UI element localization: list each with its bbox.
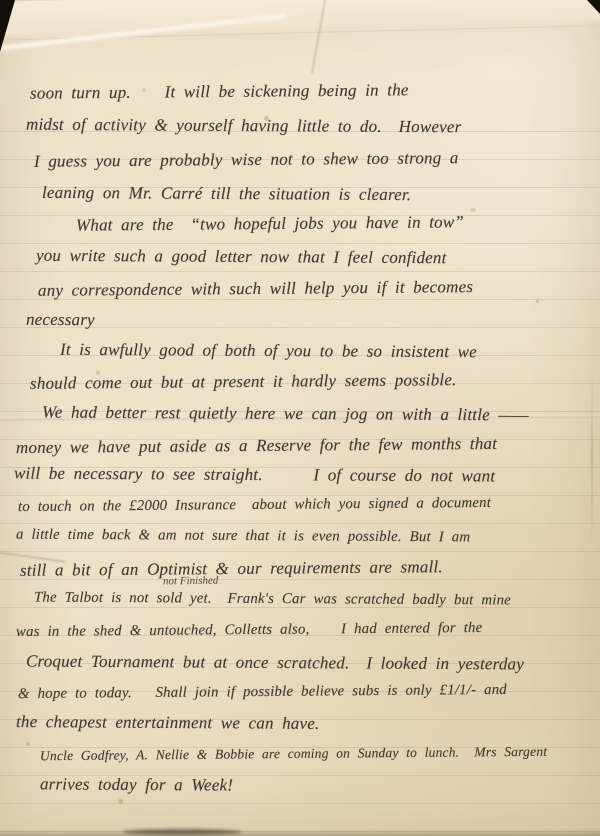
letter-line: What are the “two hopeful jobs you have …	[76, 212, 464, 235]
letter-line: a little time back & am not sure that it…	[16, 527, 470, 547]
bottom-edge-shadow	[0, 829, 600, 836]
right-edge-crease	[591, 372, 593, 542]
paper-speck	[118, 799, 123, 804]
paper-speck	[470, 208, 476, 212]
letter-line: I guess you are probably wise not to she…	[34, 148, 459, 172]
letter-line: you write such a good letter now that I …	[36, 246, 447, 269]
paper-speck	[26, 742, 30, 746]
letter-line: soon turn up. It will be sickening being…	[30, 80, 409, 103]
letter-line: & hope to today. Shall join if possible …	[18, 682, 507, 703]
letter-line: the cheapest entertainment we can have.	[16, 712, 320, 734]
letter-line: The Talbot is not sold yet. Frank's Car …	[34, 590, 511, 610]
letter-line: necessary	[26, 310, 95, 330]
letter-line: still a bit of an Optimist & our require…	[20, 557, 443, 581]
letter-line: leaning on Mr. Carré till the situation …	[42, 183, 411, 205]
letter-line: money we have put aside as a Reserve for…	[16, 434, 497, 458]
letter-line: should come out but at present it hardly…	[30, 370, 457, 394]
letter-page: soon turn up. It will be sickening being…	[0, 0, 600, 836]
letter-line: will be necessary to see straight. I of …	[14, 464, 495, 487]
letter-line: It is awfully good of both of you to be …	[60, 340, 477, 363]
letter-line: midst of activity & yourself having litt…	[26, 115, 462, 138]
letter-line: Croquet Tournament but at once scratched…	[26, 651, 524, 674]
letter-line: We had better rest quietly here we can j…	[42, 403, 529, 426]
letter-line: to touch on the £2000 Insurance about wh…	[18, 495, 491, 516]
letter-line: was in the shed & untouched, Colletts al…	[16, 620, 483, 641]
letter-line: arrives today for a Week!	[40, 774, 233, 795]
paper-speck	[536, 300, 539, 303]
letter-line: any correspondence with such will help y…	[38, 277, 473, 301]
letter-line: Uncle Godfrey, A. Nellie & Bobbie are co…	[40, 744, 547, 764]
interline-note: not Finished	[163, 575, 219, 588]
